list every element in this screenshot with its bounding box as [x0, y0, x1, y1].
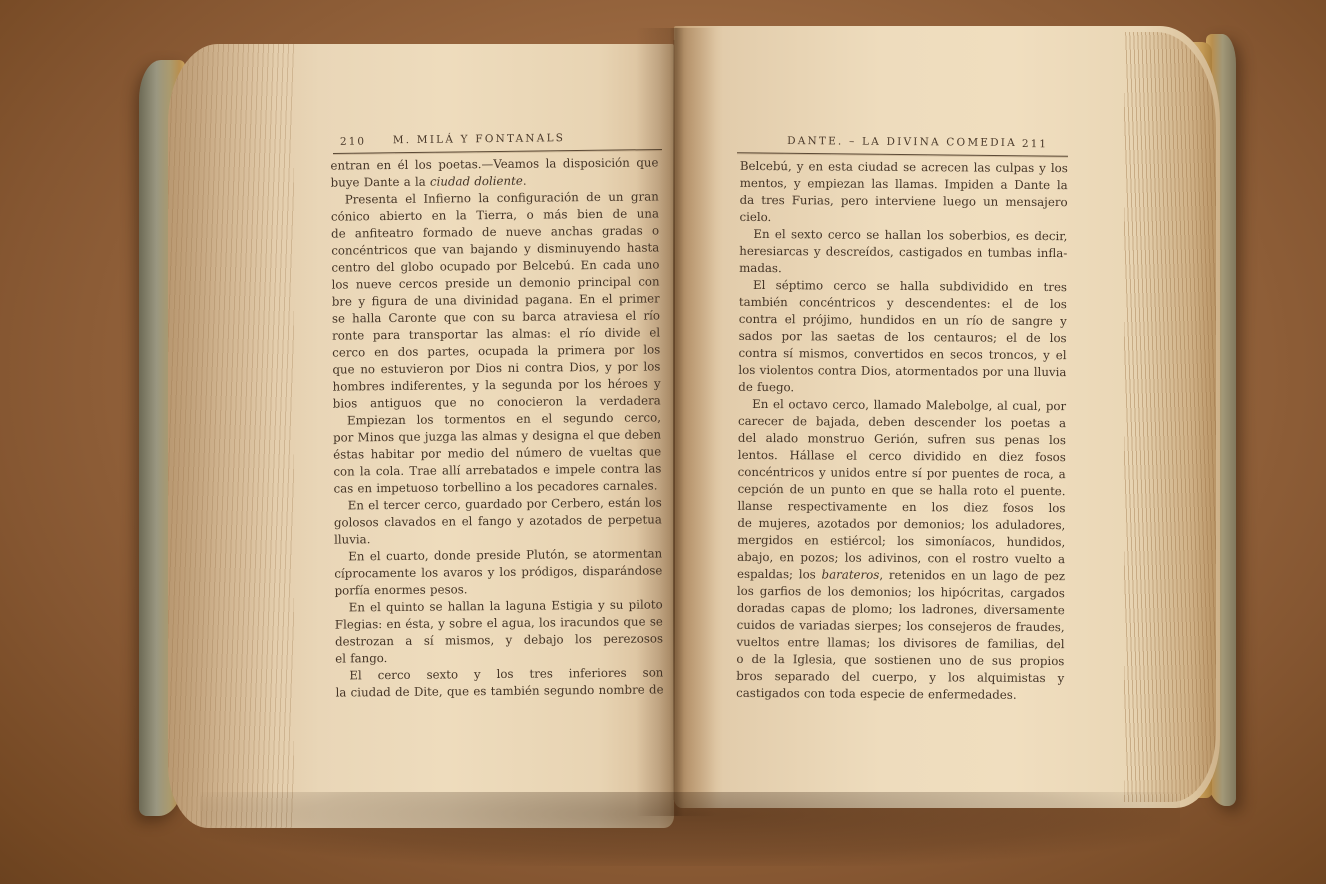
paragraph: En el sexto cerco se hallan los soberbio… — [739, 226, 1067, 279]
left-page-body: entran en él los poetas.—Veamos la dispo… — [330, 154, 663, 701]
text-line: heresiarcas y descreídos, castigados en … — [739, 243, 1067, 262]
paragraph: Belcebú, y en esta ciudad se acrecen las… — [739, 158, 1067, 228]
page-number-left: 210 — [340, 136, 366, 148]
text-line: la ciudad de Dite, que es también segund… — [335, 681, 663, 701]
text-line: castigados con toda especie de enfermeda… — [736, 685, 1064, 704]
text-line: entran en él los poetas.—Veamos la dispo… — [330, 154, 658, 174]
page-stack-right-edge — [1124, 32, 1216, 802]
paragraph: En el tercer cerco, guardado por Cerbero… — [334, 494, 662, 548]
paragraph: El cerco sexto y los tres inferiores son… — [335, 664, 663, 701]
text-line: destrozan a sí mismos, y debajo los pere… — [335, 630, 663, 650]
paragraph: entran en él los poetas.—Veamos la dispo… — [330, 154, 658, 191]
running-header-right: DANTE. – LA DIVINA COMEDIA — [738, 135, 1066, 150]
text-line: golosos clavados en el fango y azotados … — [334, 511, 662, 531]
page-stack-left-edge — [168, 44, 294, 828]
paragraph: En el quinto se hallan la laguna Estigia… — [335, 596, 664, 667]
paragraph: En el octavo cerco, llamado Malebolge, a… — [736, 396, 1066, 704]
right-page-body: Belcebú, y en esta ciudad se acrecen las… — [736, 158, 1068, 704]
photo-backdrop: 210 M. MILÁ Y FONTANALS entran en él los… — [0, 0, 1326, 884]
book-gutter-crease — [673, 40, 675, 800]
right-page-header: DANTE. – LA DIVINA COMEDIA 211 — [738, 135, 1066, 154]
text-line: cíprocamente los avaros y los pródigos, … — [334, 562, 662, 582]
book-bottom-shadow — [200, 792, 1180, 866]
page-number-right: 211 — [1022, 138, 1048, 150]
paragraph: El séptimo cerco se halla subdividido en… — [738, 277, 1067, 398]
text-line: da tres Furias, pero interviene luego un… — [740, 192, 1068, 211]
paragraph: Presenta el Infierno la configuración de… — [331, 188, 661, 412]
paragraph: En el cuarto, donde preside Plutón, se a… — [334, 545, 662, 599]
paragraph: Empiezan los tormentos en el segundo cer… — [333, 409, 662, 497]
